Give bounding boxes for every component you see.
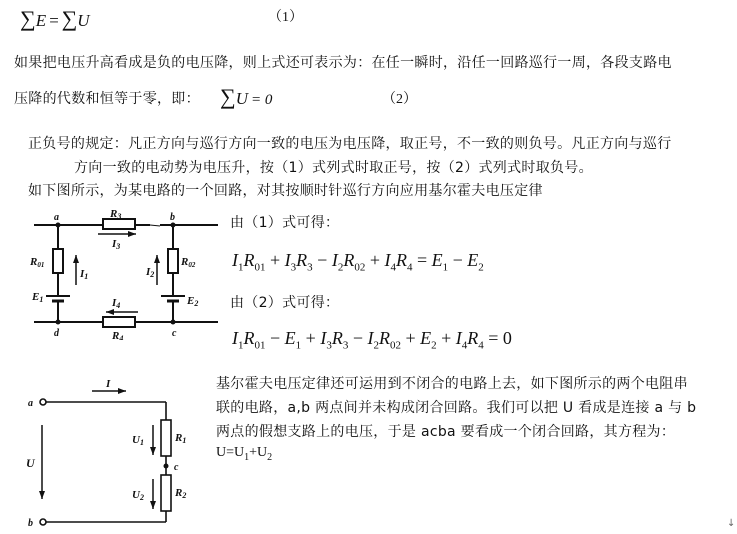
equation-series: U=U1+U2: [216, 445, 272, 463]
svg-text:E2: E2: [186, 295, 198, 308]
svg-text:E1: E1: [31, 291, 43, 304]
equation-kvl-1: I1R01 + I3R3 − I2R02 + I4R4 = E1 − E2: [232, 250, 484, 274]
svg-text:U1: U1: [132, 434, 144, 447]
paragraph-line: 如果把电压升高看成是负的电压降，则上式还可表示为：在任一瞬时，沿任一回路巡行一周…: [14, 52, 672, 72]
svg-text:d: d: [54, 328, 60, 339]
svg-text:a: a: [28, 398, 33, 409]
svg-text:R1: R1: [174, 432, 186, 445]
svg-text:U2: U2: [132, 489, 144, 502]
equation-number-1: （1）: [268, 6, 303, 26]
svg-text:I: I: [105, 378, 111, 390]
svg-text:I3: I3: [111, 238, 120, 251]
sigma-symbol: ∑: [20, 6, 36, 31]
paragraph-line: 基尔霍夫电压定律还可运用到不闭合的电路上去，如下图所示的两个电阻串: [216, 373, 688, 393]
paragraph-line: 联的电路，a,b 两点间并未构成闭合回路。我们可以把 U 看成是连接 a 与 b: [216, 397, 696, 417]
series-resistor-diagram: a b I U U1 U2 R1 R2 c: [20, 375, 200, 530]
svg-text:c: c: [172, 328, 177, 339]
formula-1: ∑E=∑U: [20, 6, 90, 32]
paragraph-line: 两点的假想支路上的电压，于是 acba 要看成一个闭合回路，其方程为：: [216, 421, 675, 441]
loop-circuit-diagram: a b c d R3 I3 R01 I1 I2 R02 E1 E2 I4 R4: [28, 205, 218, 340]
svg-text:U: U: [26, 456, 36, 470]
svg-text:b: b: [28, 518, 33, 529]
paragraph-line: 压降的代数和恒等于零，即：: [14, 88, 200, 108]
svg-text:R2: R2: [174, 487, 186, 500]
svg-text:b: b: [170, 212, 175, 223]
svg-text:R01: R01: [29, 256, 44, 269]
sign-rule-line: 正负号的规定：凡正方向与巡行方向一致的电压为电压降，取正号，不一致的则负号。凡正…: [28, 133, 672, 153]
formula-2: ∑U= 0: [220, 84, 272, 110]
derivation-label-1: 由（1）式可得：: [230, 212, 339, 232]
svg-text:R4: R4: [111, 330, 123, 340]
svg-text:a: a: [54, 212, 59, 223]
svg-text:c: c: [174, 462, 179, 473]
equation-kvl-2: I1R01 − E1 + I3R3 − I2R02 + E2 + I4R4 = …: [232, 328, 512, 352]
intro-line: 如下图所示，为某电路的一个回路，对其按顺时针巡行方向应用基尔霍夫电压定律: [28, 180, 543, 200]
sign-rule-line: 方向一致的电动势为电压升，按（1）式列式时取正号，按（2）式列式时取负号。: [74, 157, 593, 177]
equation-number-2: （2）: [382, 88, 417, 108]
svg-text:I2: I2: [145, 266, 154, 279]
svg-text:R3: R3: [109, 208, 121, 221]
svg-text:I1: I1: [79, 268, 88, 281]
svg-text:R02: R02: [180, 256, 196, 269]
paragraph-end-mark: ↓: [727, 518, 735, 529]
derivation-label-2: 由（2）式可得：: [230, 292, 339, 312]
svg-text:I4: I4: [111, 297, 120, 310]
